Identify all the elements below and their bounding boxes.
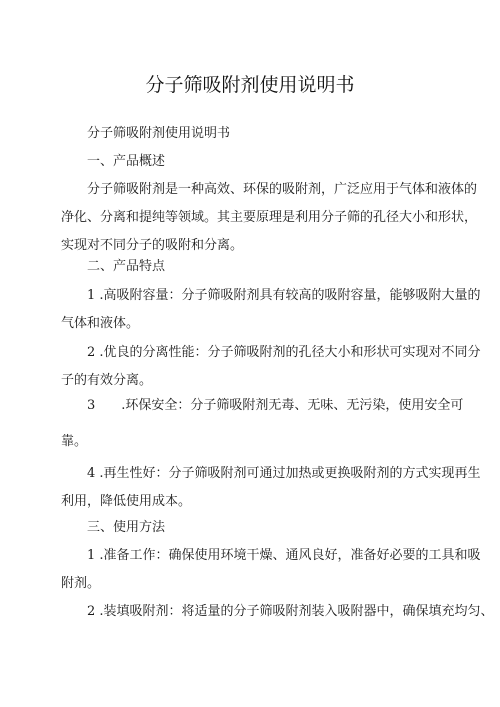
section-heading-usage: 三、使用方法 (61, 514, 451, 542)
usage-step-2: 2 .装填吸附剂：将适量的分子筛吸附剂装入吸附器中，确保填充均匀、 (61, 598, 451, 626)
text-line: 二、产品特点 (61, 253, 451, 281)
text-line: 一、产品概述 (61, 148, 451, 176)
text-line: 气体和液体。 (61, 310, 451, 338)
text-line: 2 .优良的分离性能：分子筛吸附剂的孔径大小和形状可实现对不同分 (61, 339, 451, 367)
text-line: 三、使用方法 (61, 514, 451, 542)
text-line: 净化、分离和提纯等领域。其主要原理是利用分子筛的孔径大小和形状， (61, 204, 451, 232)
text-line: 分子筛吸附剂是一种高效、环保的吸附剂，广泛应用于气体和液体的 (61, 176, 451, 204)
text-line: 1 .高吸附容量：分子筛吸附剂具有较高的吸附容量，能够吸附大量的 (61, 282, 451, 310)
section-heading-features: 二、产品特点 (61, 253, 451, 281)
text-line: 附剂。 (61, 570, 451, 598)
usage-step-1: 1 .准备工作：确保使用环境干燥、通风良好，准备好必要的工具和吸 附剂。 (61, 542, 451, 598)
feature-item-3: 3 .环保安全：分子筛吸附剂无毒、无味、无污染，使用安全可 靠。 (61, 388, 451, 460)
text-line: 靠。 (61, 424, 451, 460)
feature-item-1: 1 .高吸附容量：分子筛吸附剂具有较高的吸附容量，能够吸附大量的 气体和液体。 (61, 282, 451, 338)
document-title: 分子筛吸附剂使用说明书 (0, 70, 500, 97)
text-line: 2 .装填吸附剂：将适量的分子筛吸附剂装入吸附器中，确保填充均匀、 (61, 598, 451, 626)
text-line: 4 .再生性好：分子筛吸附剂可通过加热或更换吸附剂的方式实现再生 (61, 460, 451, 488)
section-heading-overview: 一、产品概述 (61, 148, 451, 176)
text-line: 分子筛吸附剂使用说明书 (61, 120, 451, 148)
text-line: 1 .准备工作：确保使用环境干燥、通风良好，准备好必要的工具和吸 (61, 542, 451, 570)
feature-item-2: 2 .优良的分离性能：分子筛吸附剂的孔径大小和形状可实现对不同分 子的有效分离。 (61, 339, 451, 395)
subtitle: 分子筛吸附剂使用说明书 (61, 120, 451, 148)
text-line: 利用，降低使用成本。 (61, 488, 451, 516)
feature-item-4: 4 .再生性好：分子筛吸附剂可通过加热或更换吸附剂的方式实现再生 利用，降低使用… (61, 460, 451, 516)
text-line: 3 .环保安全：分子筛吸附剂无毒、无味、无污染，使用安全可 (61, 388, 451, 424)
paragraph-overview: 分子筛吸附剂是一种高效、环保的吸附剂，广泛应用于气体和液体的 净化、分离和提纯等… (61, 176, 451, 260)
